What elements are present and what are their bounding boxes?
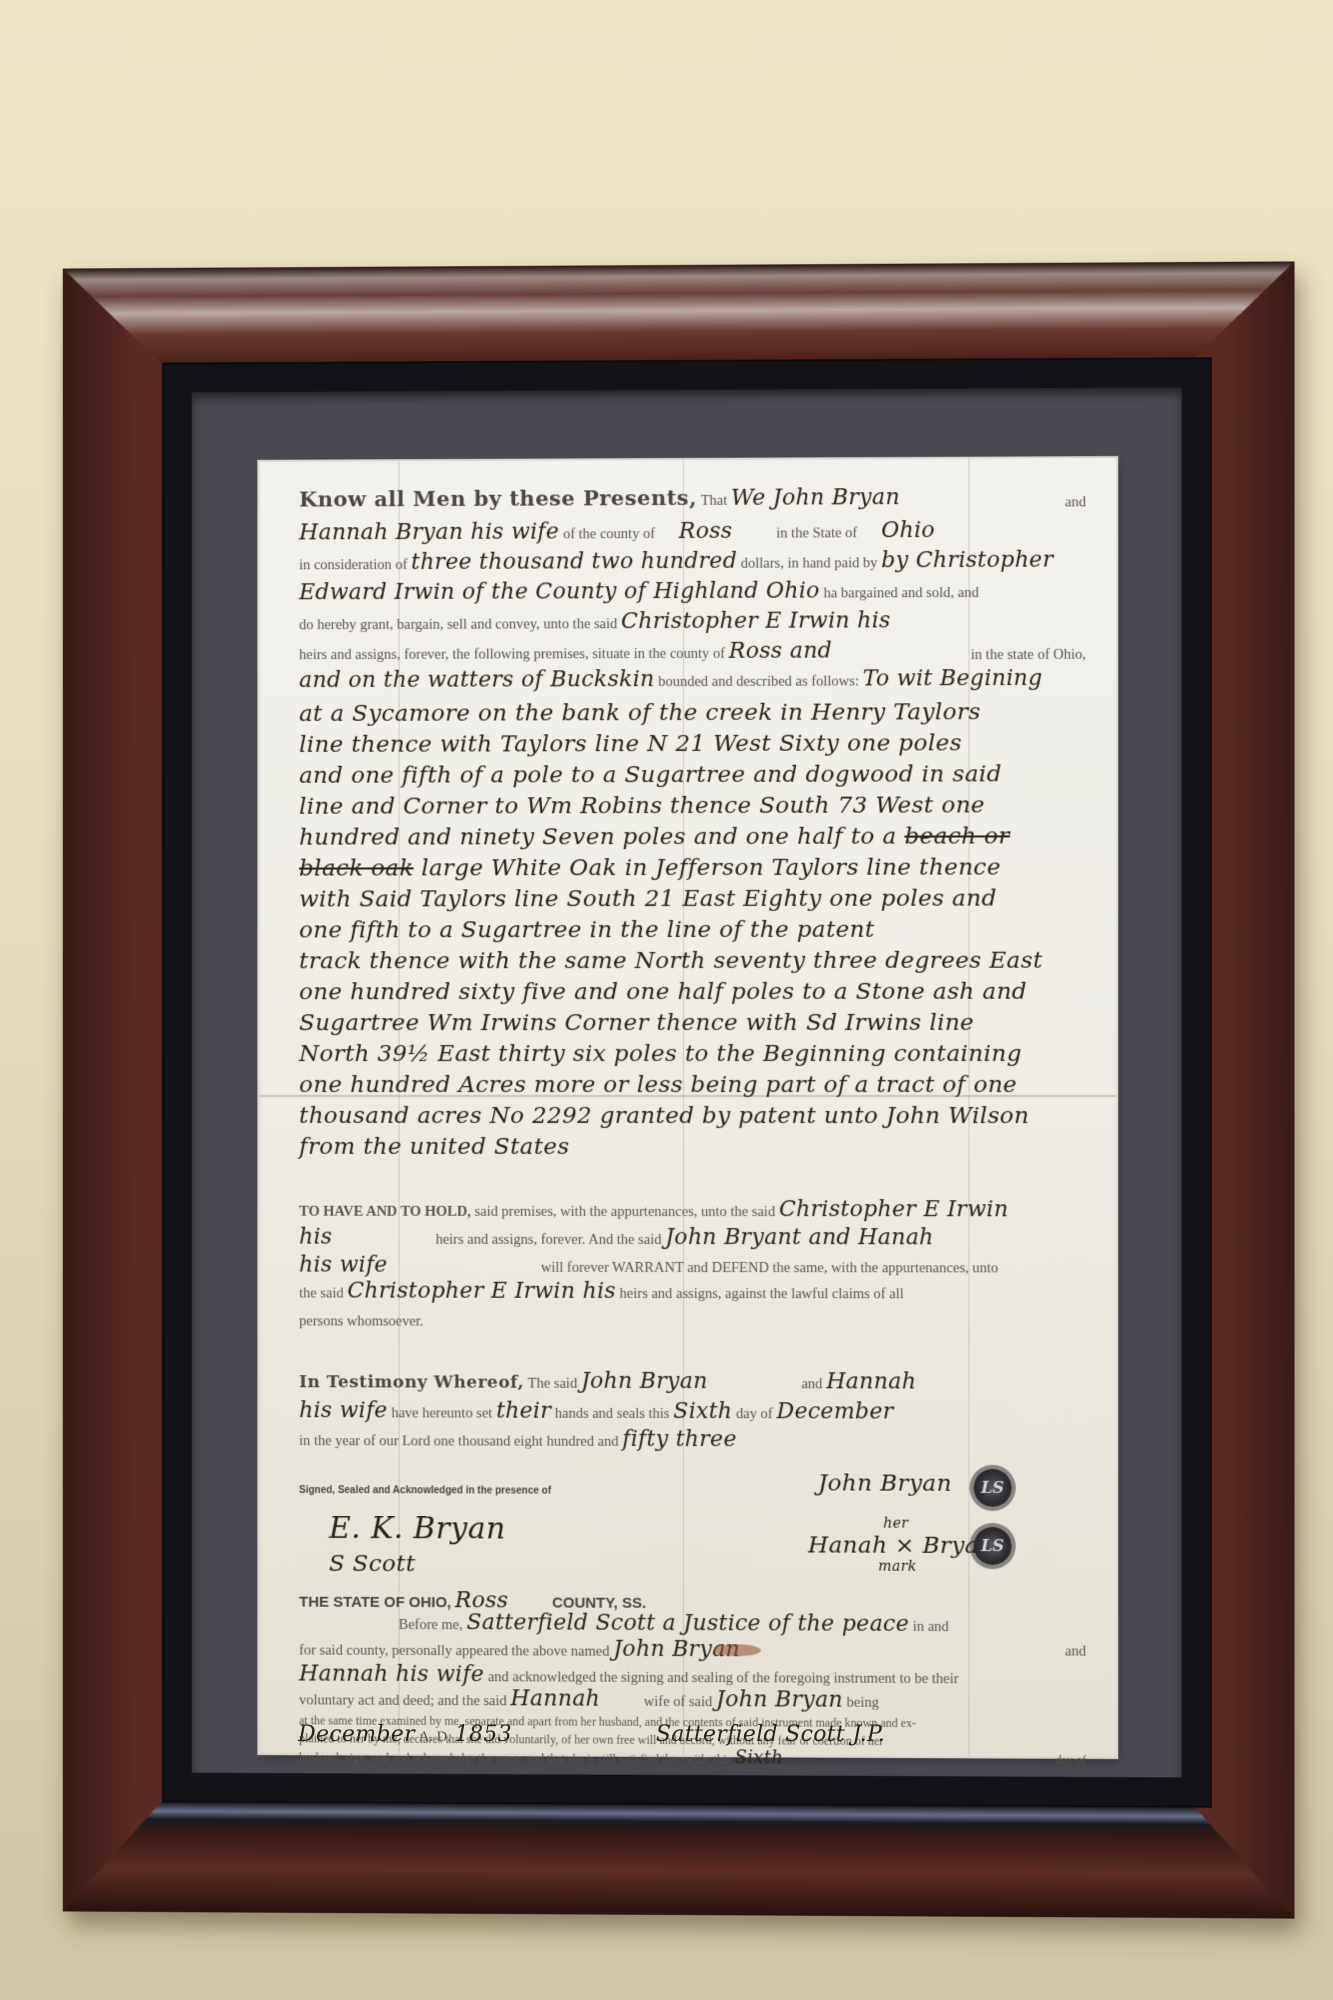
description-line: Sugartree Wm Irwins Corner thence with S… [299, 1010, 1086, 1036]
picture-frame: Know all Men by these Presents, That We … [63, 261, 1295, 1918]
wax-seal-icon: LS [974, 1527, 1012, 1565]
description-line: hundred and ninety Seven poles and one h… [299, 823, 1086, 850]
wax-seal-icon: LS [974, 1469, 1012, 1507]
struck-text: black oak [299, 855, 413, 881]
description-line: from the united States [299, 1134, 1086, 1160]
description-line: black oak large White Oak in Jefferson T… [299, 854, 1086, 881]
ack-line-8: husband, sign, seal and acknowledge the … [299, 1746, 1086, 1771]
description-line: line thence with Taylors line N 21 West … [299, 730, 1086, 758]
description-line: with Said Taylors line South 21 East Eig… [299, 885, 1086, 912]
habendum-line-1: TO HAVE AND TO HOLD, said premises, with… [299, 1200, 1086, 1223]
deed-line-4: Edward Irwin of the County of Highland O… [299, 581, 1086, 606]
description-line: track thence with the same North seventy… [299, 948, 1086, 975]
habendum-line-3: his wife will forever WARRANT and DEFEND… [299, 1256, 1086, 1279]
description-line: line and Corner to Wm Robins thence Sout… [299, 792, 1086, 820]
description-line: one hundred Acres more or less being par… [299, 1072, 1086, 1098]
deed-line-5: do hereby grant, bargain, sell and conve… [299, 611, 1086, 636]
habendum-line-4: the said Christopher E Irwin his heirs a… [299, 1281, 1086, 1304]
deed-line-1: Know all Men by these Presents, That We … [299, 486, 1086, 512]
testimony-line-2: his wife have hereunto set their hands a… [299, 1401, 1086, 1425]
frame-top-rail [63, 261, 1295, 363]
testimony-line-3: in the year of our Lord one thousand eig… [299, 1429, 1086, 1453]
description-line: and one fifth of a pole to a Sugartree a… [299, 761, 1086, 789]
deed-line-2: Hannah Bryan his wife of the county of R… [299, 520, 1086, 545]
grantor-signature: Hanah × Bryan [808, 1532, 1086, 1559]
habendum-line-5: persons whomsoever. [299, 1311, 1086, 1332]
deed-line-3: in consideration of three thousand two h… [299, 550, 1086, 575]
struck-text: beach or [904, 823, 1009, 849]
ack-line-4: Hannah his wife and acknowledged the sig… [299, 1664, 1086, 1689]
frame-bottom-rail [63, 1802, 1295, 1919]
description-line: one fifth to a Sugartree in the line of … [299, 917, 1086, 944]
ack-line-3: for said county, personally appeared the… [299, 1639, 1086, 1664]
ack-line-2: Before me, Satterfield Scott a Justice o… [399, 1613, 1086, 1638]
ack-final-line: December A. D. 1853 Satterfield Scott J.… [298, 1722, 1118, 1747]
deed-line-7: and on the watters of Buckskin bounded a… [299, 669, 1086, 693]
deed-line-6: heirs and assigns, forever, the followin… [299, 641, 1086, 665]
deed-heading: Know all Men by these Presents, [299, 485, 697, 512]
deed-document: Know all Men by these Presents, That We … [259, 458, 1116, 1757]
description-line: thousand acres No 2292 granted by patent… [299, 1103, 1086, 1129]
grantor-signature: John Bryan [818, 1470, 1086, 1497]
testimony-line-1: In Testimony Whereof, The said John Brya… [299, 1371, 1086, 1395]
justice-signature: Satterfield Scott J.P. [656, 1722, 885, 1747]
ink-stain [713, 1644, 761, 1656]
description-line: North 39½ East thirty six poles to the B… [299, 1041, 1086, 1067]
description-line: one hundred sixty five and one half pole… [299, 979, 1086, 1006]
description-line: at a Sycamore on the bank of the creek i… [299, 699, 1086, 727]
habendum-line-2: his heirs and assigns, forever. And the … [299, 1228, 1086, 1251]
